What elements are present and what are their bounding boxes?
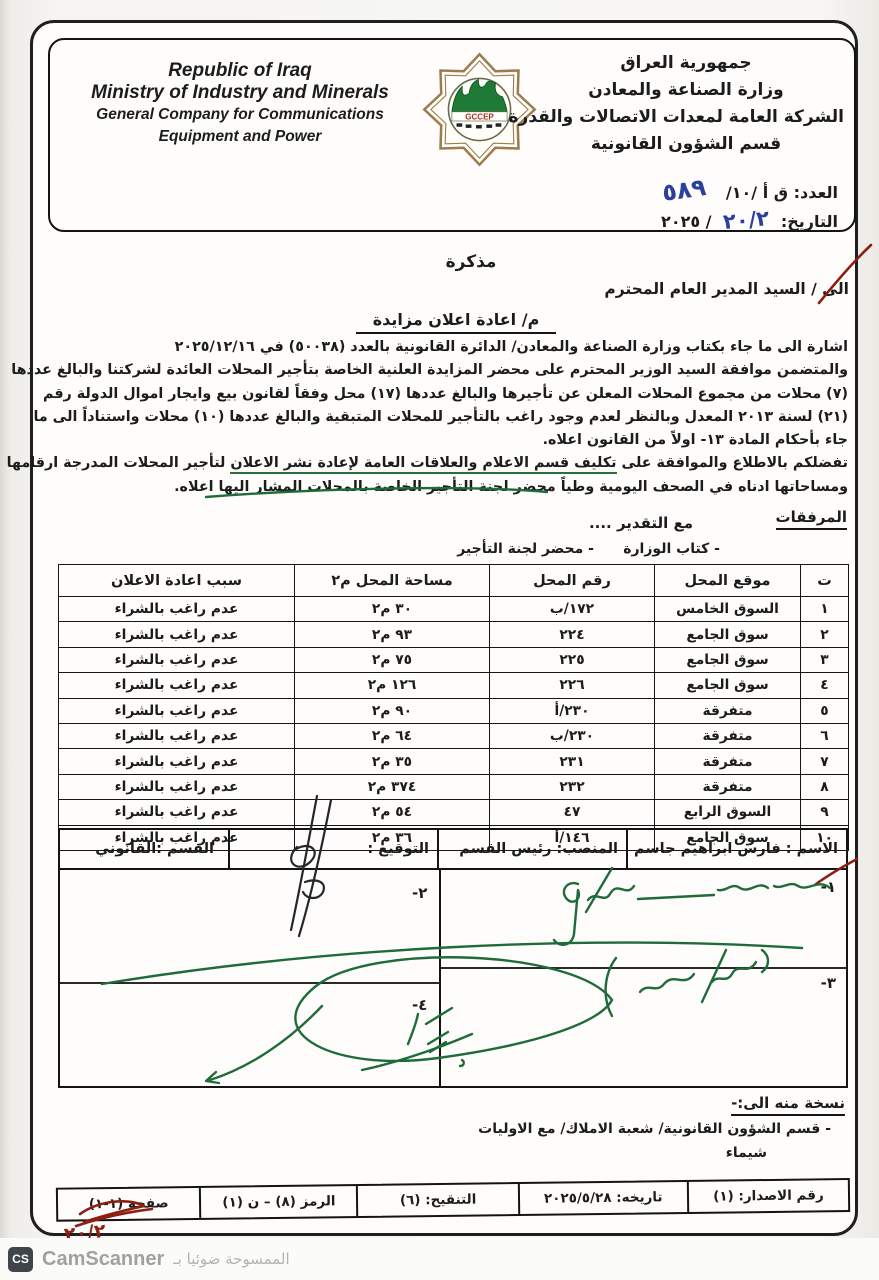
letterhead-english-line: Equipment and Power: [62, 126, 418, 148]
memo-request-line2: ومساحاتها ادناه في الصحف اليومية وطياً م…: [58, 476, 848, 499]
footer-cell: التنقيح: (٦): [356, 1184, 518, 1216]
grid-vertical-divider: [439, 870, 441, 1088]
readvertise-reason: عدم راغب بالشراء: [59, 698, 295, 723]
shop-area: ٩٣ م٢: [295, 622, 490, 647]
shop-location: متفرقة: [655, 698, 801, 723]
copy-to-name: شيماء: [726, 1145, 767, 1161]
shop-number: ٤٧: [490, 800, 655, 825]
cell-number-2: -٢: [412, 884, 427, 902]
readvertise-reason: عدم راغب بالشراء: [59, 749, 295, 774]
closing-regards: مع التقدير ....: [566, 514, 716, 532]
letterhead-arabic-line: وزارة الصناعة والمعادن: [528, 77, 844, 104]
document-date-handwritten: ٢٠/٢: [722, 206, 770, 234]
attachments-label: المرفقات: [776, 508, 847, 530]
department-label: القسم :القانوني: [60, 830, 228, 868]
shop-number: ١٧٢/ب: [490, 597, 655, 622]
shops-table-header-cell: موقع المحل: [655, 565, 801, 597]
memo-body: اشارة الى ما جاء بكتاب وزارة الصناعة وال…: [58, 336, 848, 499]
shop-number: ٢٢٤: [490, 622, 655, 647]
document-number-line: العدد: ق أ /١٠/ ٥٨٩: [652, 176, 838, 202]
signature-routing-grid: -١ -٢ -٣ -٤: [60, 870, 846, 1088]
table-row: ٨ متفرقة ٢٣٢ ٣٧٤ م٢ عدم راغب بالشراء: [59, 774, 849, 799]
letterhead: Republic of IraqMinistry of Industry and…: [48, 38, 856, 232]
table-row: ٣ سوق الجامع ٢٢٥ ٧٥ م٢ عدم راغب بالشراء: [59, 647, 849, 672]
cell-number-1: -١: [821, 878, 836, 896]
shops-table-header-cell: سبب اعادة الاعلان: [59, 565, 295, 597]
shops-table-header-cell: مساحة المحل م٢: [295, 565, 490, 597]
shop-location: متفرقة: [655, 723, 801, 748]
row-number: ٥: [801, 698, 849, 723]
memo-title: مذكرة: [426, 252, 516, 272]
shop-area: ٩٠ م٢: [295, 698, 490, 723]
letterhead-arabic: جمهورية العراقوزارة الصناعة والمعادنالشر…: [528, 50, 844, 158]
readvertise-reason: عدم راغب بالشراء: [59, 622, 295, 647]
memo-body-line: (٢١) لسنة ٢٠١٣ المعدل وبالنظر لعدم وجود …: [58, 406, 848, 429]
readvertise-reason: عدم راغب بالشراء: [59, 800, 295, 825]
document-number-label: العدد: ق أ /١٠/: [726, 183, 838, 202]
attachments-items: - كتاب الوزارة - محضر لجنة التأجير: [420, 541, 720, 557]
letterhead-arabic-line: الشركة العامة لمعدات الاتصالات والقدرة: [528, 104, 844, 131]
letterhead-english-line: Republic of Iraq: [62, 60, 418, 82]
row-number: ٨: [801, 774, 849, 799]
copy-to-label: نسخة منه الى:-: [731, 1094, 845, 1116]
table-row: ٤ سوق الجامع ٢٢٦ ١٢٦ م٢ عدم راغب بالشراء: [59, 673, 849, 698]
shops-table: تموقع المحلرقم المحلمساحة المحل م٢سبب اع…: [58, 564, 849, 851]
readvertise-reason: عدم راغب بالشراء: [59, 673, 295, 698]
camscanner-bar: CS CamScanner الممسوحة ضوئيا بـ: [0, 1238, 879, 1280]
shop-area: ١٢٦ م٢: [295, 673, 490, 698]
shop-number: ٢٢٥: [490, 647, 655, 672]
cell-number-4: -٤: [412, 996, 427, 1014]
table-row: ٢ سوق الجامع ٢٢٤ ٩٣ م٢ عدم راغب بالشراء: [59, 622, 849, 647]
document-date-year: / ٢٠٢٥: [661, 212, 711, 231]
row-number: ٣: [801, 647, 849, 672]
table-row: ١ السوق الخامس ١٧٢/ب ٣٠ م٢ عدم راغب بالش…: [59, 597, 849, 622]
shop-area: ٣٧٤ م٢: [295, 774, 490, 799]
signature-header-row: الاسم : فارس ابراهيم جاسم المنصب: رئيس ا…: [60, 830, 846, 870]
letterhead-english: Republic of IraqMinistry of Industry and…: [62, 60, 418, 148]
footer-cell: تاريخه: ٢٠٢٥/٥/٢٨: [518, 1182, 687, 1214]
memo-body-line: (٧) محلات من مجموع المحلات المعلن عن تأج…: [58, 383, 848, 406]
shop-area: ٣٥ م٢: [295, 749, 490, 774]
row-number: ٧: [801, 749, 849, 774]
footer-cell: صفحة (١-١): [58, 1188, 200, 1220]
green-underlined-phrase: تكليف قسم الاعلام والعلاقات العامة لإعاد…: [230, 455, 616, 474]
signatory-position: المنصب: رئيس القسم: [437, 830, 626, 868]
letterhead-english-line: General Company for Communications: [62, 104, 418, 126]
grid-horizontal-divider-left: [60, 982, 439, 984]
signature-label: التوقيع :: [228, 830, 437, 868]
shop-number: ٢٣٢: [490, 774, 655, 799]
shops-table-header-cell: رقم المحل: [490, 565, 655, 597]
shop-number: ٢٣١: [490, 749, 655, 774]
shop-area: ٣٠ م٢: [295, 597, 490, 622]
letterhead-arabic-line: قسم الشؤون القانونية: [528, 131, 844, 158]
signature-table: الاسم : فارس ابراهيم جاسم المنصب: رئيس ا…: [58, 828, 848, 1088]
camscanner-logo-icon: CS: [8, 1247, 33, 1272]
shop-location: سوق الجامع: [655, 647, 801, 672]
grid-horizontal-divider-right: [441, 967, 846, 969]
table-row: ٥ متفرقة ٢٣٠/أ ٩٠ م٢ عدم راغب بالشراء: [59, 698, 849, 723]
document-date-label: التاريخ:: [781, 212, 838, 231]
memo-body-line: اشارة الى ما جاء بكتاب وزارة الصناعة وال…: [58, 336, 848, 359]
shops-table-header-row: تموقع المحلرقم المحلمساحة المحل م٢سبب اع…: [59, 565, 849, 597]
memo-request-line: تفضلكم بالاطلاع والموافقة على تكليف قسم …: [58, 452, 848, 475]
shops-table-header-cell: ت: [801, 565, 849, 597]
camscanner-arabic-label: الممسوحة ضوئيا بـ: [173, 1250, 289, 1268]
memo-body-line: والمتضمن موافقة السيد الوزير المحترم على…: [58, 359, 848, 382]
table-row: ٧ متفرقة ٢٣١ ٣٥ م٢ عدم راغب بالشراء: [59, 749, 849, 774]
row-number: ١: [801, 597, 849, 622]
row-number: ٢: [801, 622, 849, 647]
shop-location: سوق الجامع: [655, 673, 801, 698]
shop-location: السوق الخامس: [655, 597, 801, 622]
cell-number-3: -٣: [821, 974, 836, 992]
footer-cell: الرمز (٨) – ن (١): [199, 1186, 357, 1218]
memo-body-line: جاء بأحكام المادة ١٣- اولاً من القانون ا…: [58, 429, 848, 452]
shop-location: متفرقة: [655, 749, 801, 774]
shop-area: ٦٤ م٢: [295, 723, 490, 748]
readvertise-reason: عدم راغب بالشراء: [59, 774, 295, 799]
svg-text:GCCEP: GCCEP: [465, 112, 494, 121]
shop-area: ٥٤ م٢: [295, 800, 490, 825]
row-number: ٦: [801, 723, 849, 748]
shop-area: ٧٥ م٢: [295, 647, 490, 672]
shop-location: سوق الجامع: [655, 622, 801, 647]
letterhead-arabic-line: جمهورية العراق: [528, 50, 844, 77]
readvertise-reason: عدم راغب بالشراء: [59, 647, 295, 672]
readvertise-reason: عدم راغب بالشراء: [59, 597, 295, 622]
signatory-name: الاسم : فارس ابراهيم جاسم: [626, 830, 846, 868]
copy-to-item: - قسم الشؤون القانونية/ شعبة الاملاك/ مع…: [478, 1121, 831, 1137]
shop-number: ٢٣٠/ب: [490, 723, 655, 748]
letterhead-english-line: Ministry of Industry and Minerals: [62, 82, 418, 104]
table-row: ٩ السوق الرابع ٤٧ ٥٤ م٢ عدم راغب بالشراء: [59, 800, 849, 825]
scanned-memo-page: Republic of IraqMinistry of Industry and…: [0, 0, 879, 1280]
shop-number: ٢٣٠/أ: [490, 698, 655, 723]
footer-cell: رقم الاصدار: (١): [687, 1180, 849, 1212]
readvertise-reason: عدم راغب بالشراء: [59, 723, 295, 748]
shop-location: متفرقة: [655, 774, 801, 799]
camscanner-brand: CamScanner: [42, 1248, 164, 1271]
shop-location: السوق الرابع: [655, 800, 801, 825]
memo-subject: م/ اعادة اعلان مزايدة: [356, 310, 556, 334]
row-number: ٩: [801, 800, 849, 825]
row-number: ٤: [801, 673, 849, 698]
document-number-handwritten: ٥٨٩: [661, 173, 708, 207]
memo-addressee: الى / السيد المدير العام المحترم: [604, 280, 849, 298]
document-date-line: التاريخ: ٢٠/٢ / ٢٠٢٥: [661, 208, 838, 231]
table-row: ٦ متفرقة ٢٣٠/ب ٦٤ م٢ عدم راغب بالشراء: [59, 723, 849, 748]
shop-number: ٢٢٦: [490, 673, 655, 698]
